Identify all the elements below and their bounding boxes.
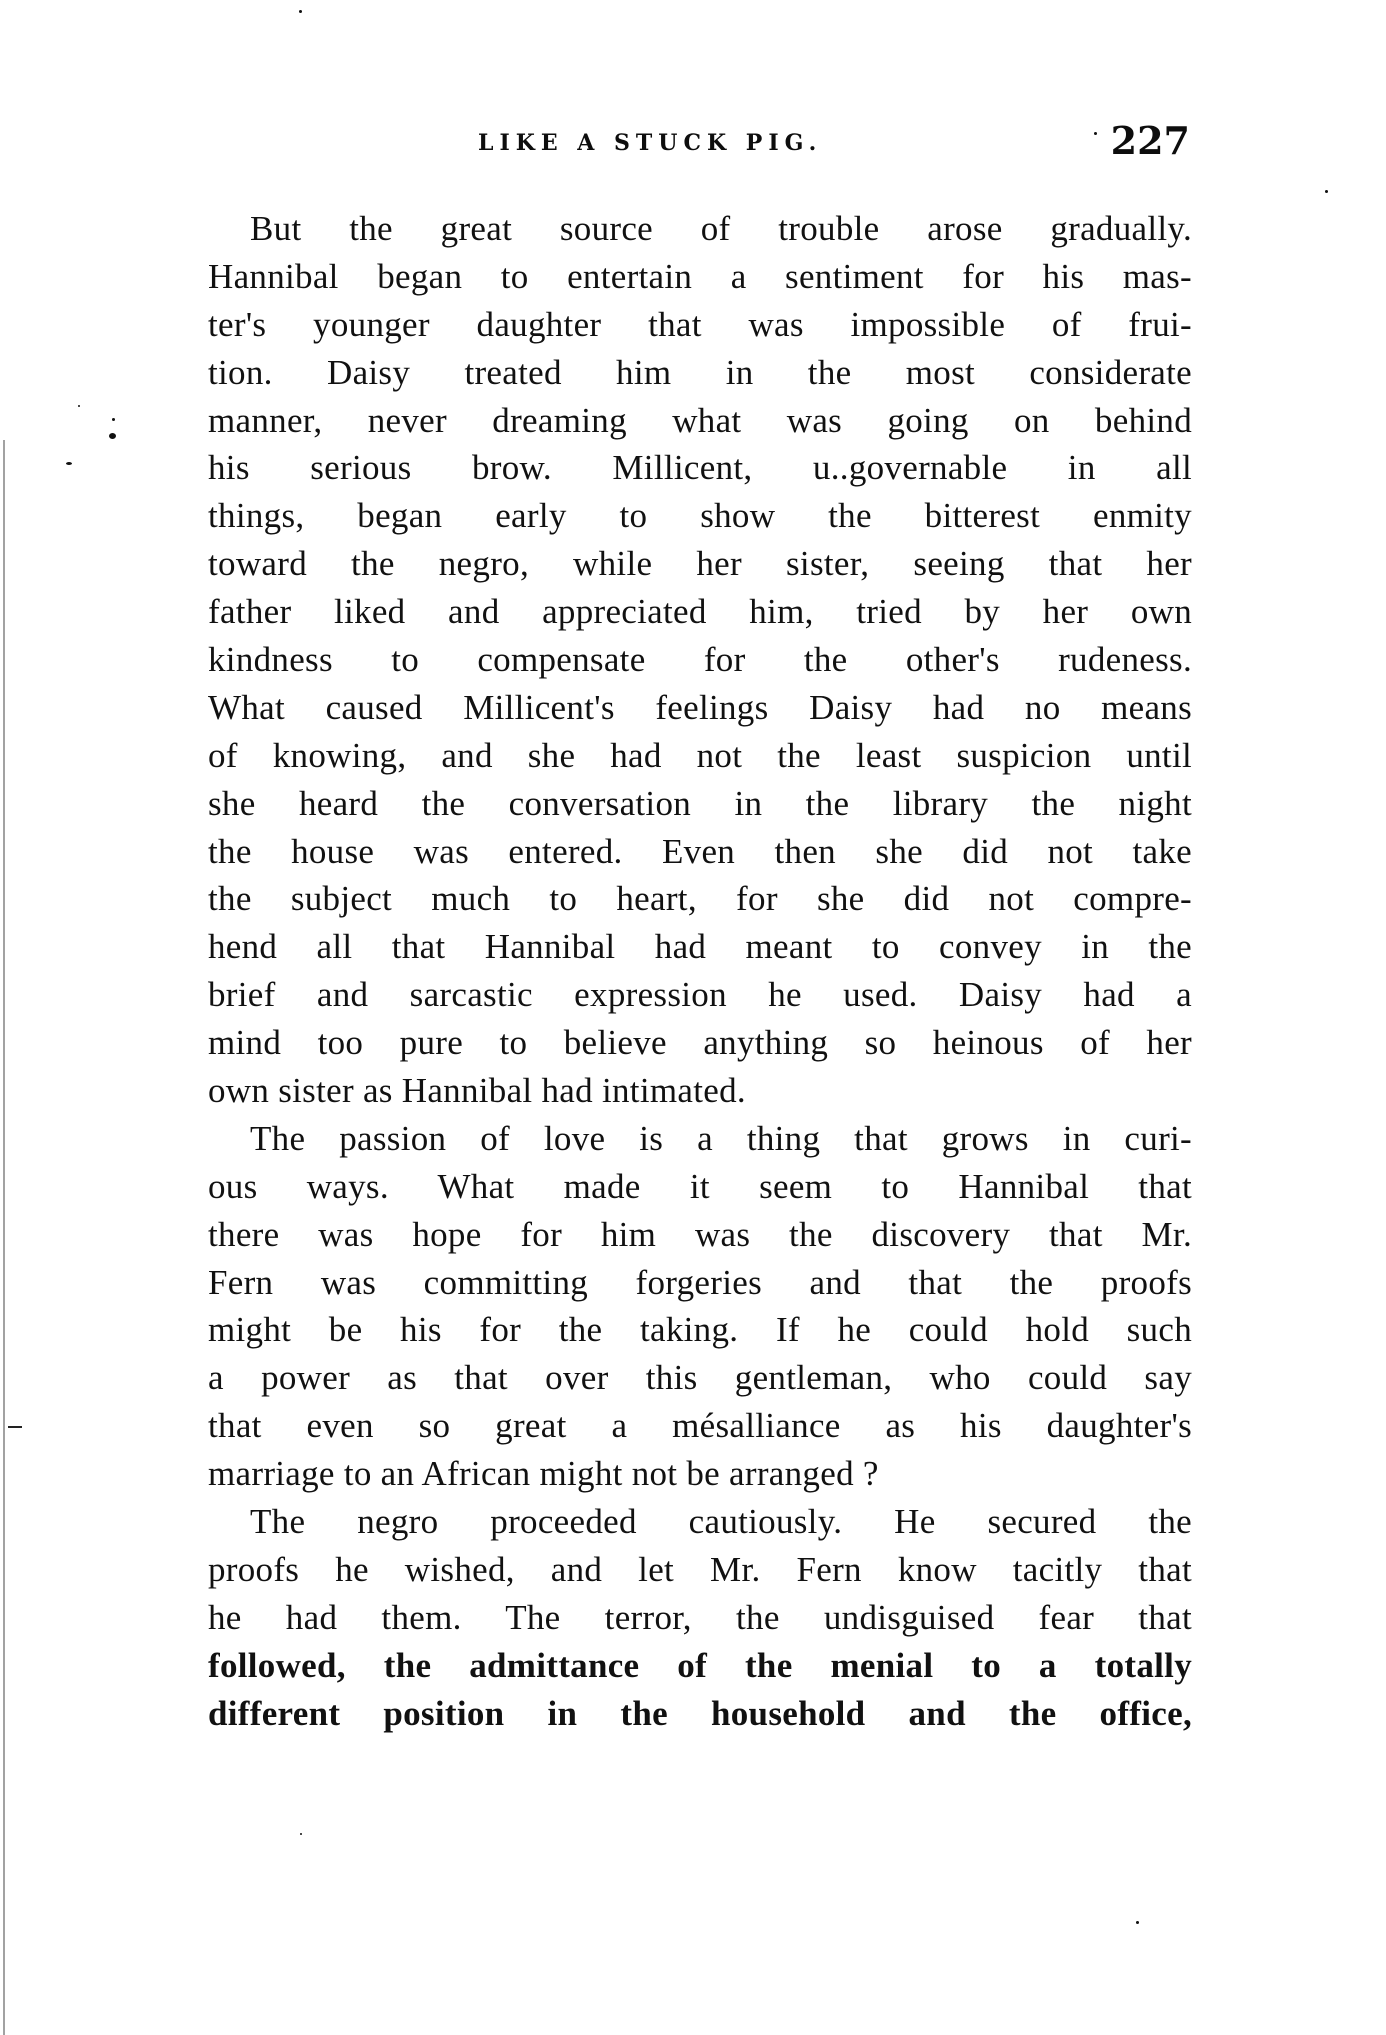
text-line: of knowing, and she had not the least su… — [208, 732, 1192, 780]
text-line: But the great source of trouble arose gr… — [208, 205, 1192, 253]
scan-speck — [299, 10, 302, 13]
scan-speck — [1325, 190, 1328, 193]
scan-speck — [78, 405, 80, 407]
binding-edge-mark — [3, 440, 5, 2035]
margin-tick — [8, 1426, 22, 1428]
text-line: she heard the conversation in the librar… — [208, 780, 1192, 828]
text-line: things, began early to show the bitteres… — [208, 492, 1192, 540]
running-head: LIKE A STUCK PIG. 227 — [208, 118, 1190, 168]
text-line: toward the negro, while her sister, seei… — [208, 540, 1192, 588]
text-line: manner, never dreaming what was going on… — [208, 397, 1192, 445]
text-line: own sister as Hannibal had intimated. — [208, 1067, 1192, 1115]
page-number: 227 — [1111, 118, 1190, 163]
text-line: the subject much to heart, for she did n… — [208, 875, 1192, 923]
text-line: father liked and appreciated him, tried … — [208, 588, 1192, 636]
text-line: brief and sarcastic expression he used. … — [208, 971, 1192, 1019]
book-page: LIKE A STUCK PIG. 227 But the great sour… — [0, 0, 1386, 2035]
text-line: ous ways. What made it seem to Hannibal … — [208, 1163, 1192, 1211]
scan-speck — [300, 1833, 302, 1835]
text-line: the house was entered. Even then she did… — [208, 828, 1192, 876]
text-line: might be his for the taking. If he could… — [208, 1306, 1192, 1354]
text-line: ter's younger daughter that was impossib… — [208, 301, 1192, 349]
scan-speck — [1136, 1921, 1139, 1924]
text-line: The negro proceeded cautiously. He secur… — [208, 1498, 1192, 1546]
text-line: mind too pure to believe anything so hei… — [208, 1019, 1192, 1067]
text-line: hend all that Hannibal had meant to conv… — [208, 923, 1192, 971]
text-line: Hannibal began to entertain a sentiment … — [208, 253, 1192, 301]
text-line: different position in the household and … — [208, 1690, 1192, 1738]
text-line: followed, the admittance of the menial t… — [208, 1642, 1192, 1690]
text-line: The passion of love is a thing that grow… — [208, 1115, 1192, 1163]
text-line: proofs he wished, and let Mr. Fern know … — [208, 1546, 1192, 1594]
text-line: he had them. The terror, the undisguised… — [208, 1594, 1192, 1642]
text-line: What caused Millicent's feelings Daisy h… — [208, 684, 1192, 732]
text-line: that even so great a mésalliance as his … — [208, 1402, 1192, 1450]
scan-speck — [1094, 132, 1097, 135]
text-line: kindness to compensate for the other's r… — [208, 636, 1192, 684]
text-line: a power as that over this gentleman, who… — [208, 1354, 1192, 1402]
scan-speck — [109, 433, 116, 439]
text-line: tion. Daisy treated him in the most cons… — [208, 349, 1192, 397]
text-line: Fern was committing forgeries and that t… — [208, 1259, 1192, 1307]
scan-speck — [112, 418, 115, 421]
running-title: LIKE A STUCK PIG. — [478, 130, 822, 156]
scan-speck — [66, 462, 72, 465]
text-line: his serious brow. Millicent, u..governab… — [208, 444, 1192, 492]
body-text: But the great source of trouble arose gr… — [208, 205, 1192, 1738]
text-line: there was hope for him was the discovery… — [208, 1211, 1192, 1259]
text-line: marriage to an African might not be arra… — [208, 1450, 1192, 1498]
